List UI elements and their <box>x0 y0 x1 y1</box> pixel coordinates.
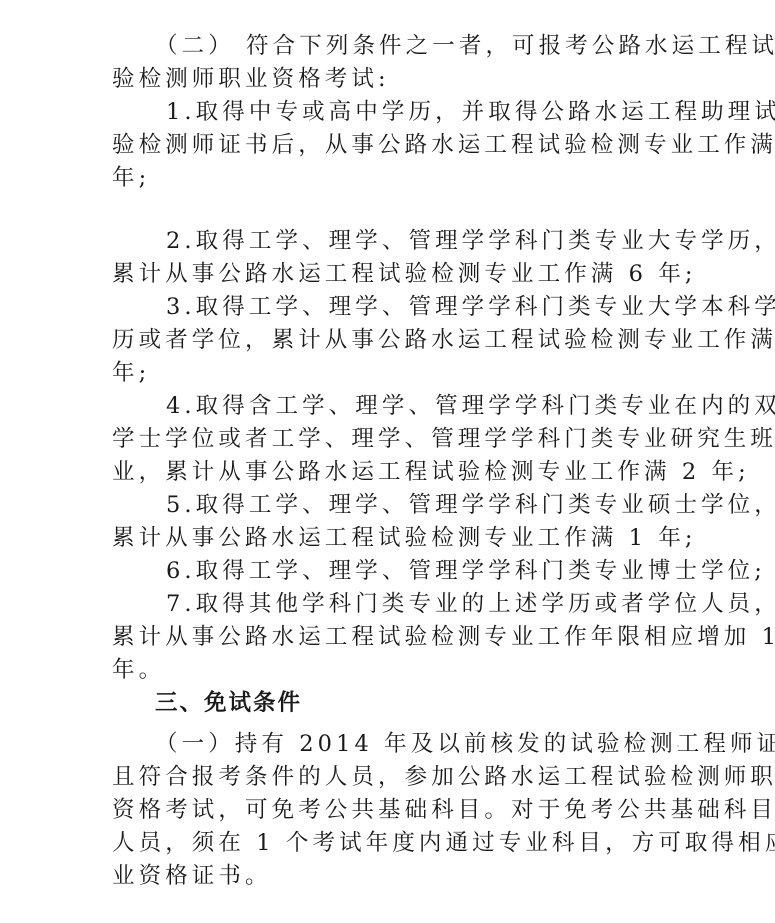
section-3-1-line-2: 且符合报考条件的人员，参加公路水运工程试验检测师职业 <box>112 762 668 792</box>
section-2-2-line-2: 验检测师职业资格考试: <box>112 64 668 94</box>
item-1-line-2: 验检测师证书后，从事公路水运工程试验检测专业工作满 6 <box>112 130 668 160</box>
section-3-1-line-3: 资格考试，可免考公共基础科目。对于免考公共基础科目的 <box>112 795 668 825</box>
section-3-heading: 三、免试条件 <box>155 688 711 718</box>
section-2-2-line-1: （二） 符合下列条件之一者，可报考公路水运工程试 <box>155 31 668 61</box>
item-1-line-3: 年; <box>112 163 668 193</box>
item-2-line-1: 2.取得工学、理学、管理学学科门类专业大专学历， <box>166 226 668 256</box>
item-3-line-2: 历或者学位，累计从事公路水运工程试验检测专业工作满 4 <box>112 325 668 355</box>
section-3-1-line-5: 业资格证书。 <box>112 861 668 891</box>
item-7-line-1: 7.取得其他学科门类专业的上述学历或者学位人员， <box>166 589 668 619</box>
section-3-1-line-1: （一）持有 2014 年及以前核发的试验检测工程师证书 <box>155 729 668 759</box>
item-1-line-1: 1.取得中专或高中学历，并取得公路水运工程助理试 <box>166 97 668 127</box>
item-4-line-3: 业，累计从事公路水运工程试验检测专业工作满 2 年; <box>112 457 668 487</box>
item-7-line-2: 累计从事公路水运工程试验检测专业工作年限相应增加 1 <box>112 622 668 652</box>
section-3-1-line-4: 人员，须在 1 个考试年度内通过专业科目，方可取得相应职 <box>112 828 668 858</box>
item-5-line-1: 5.取得工学、理学、管理学学科门类专业硕士学位， <box>166 490 668 520</box>
item-7-line-3: 年。 <box>112 655 668 685</box>
item-2-line-2: 累计从事公路水运工程试验检测专业工作满 6 年; <box>112 259 668 289</box>
scan-speck <box>677 745 679 747</box>
document-page: （二） 符合下列条件之一者，可报考公路水运工程试 验检测师职业资格考试: 1.取… <box>0 0 775 923</box>
item-3-line-1: 3.取得工学、理学、管理学学科门类专业大学本科学 <box>166 292 668 322</box>
item-4-line-1: 4.取得含工学、理学、管理学学科门类专业在内的双 <box>166 391 668 421</box>
item-6-line-1: 6.取得工学、理学、管理学学科门类专业博士学位; <box>166 556 668 586</box>
item-5-line-2: 累计从事公路水运工程试验检测专业工作满 1 年; <box>112 523 668 553</box>
item-3-line-3: 年; <box>112 358 668 388</box>
item-4-line-2: 学士学位或者工学、理学、管理学学科门类专业研究生班毕 <box>112 424 668 454</box>
